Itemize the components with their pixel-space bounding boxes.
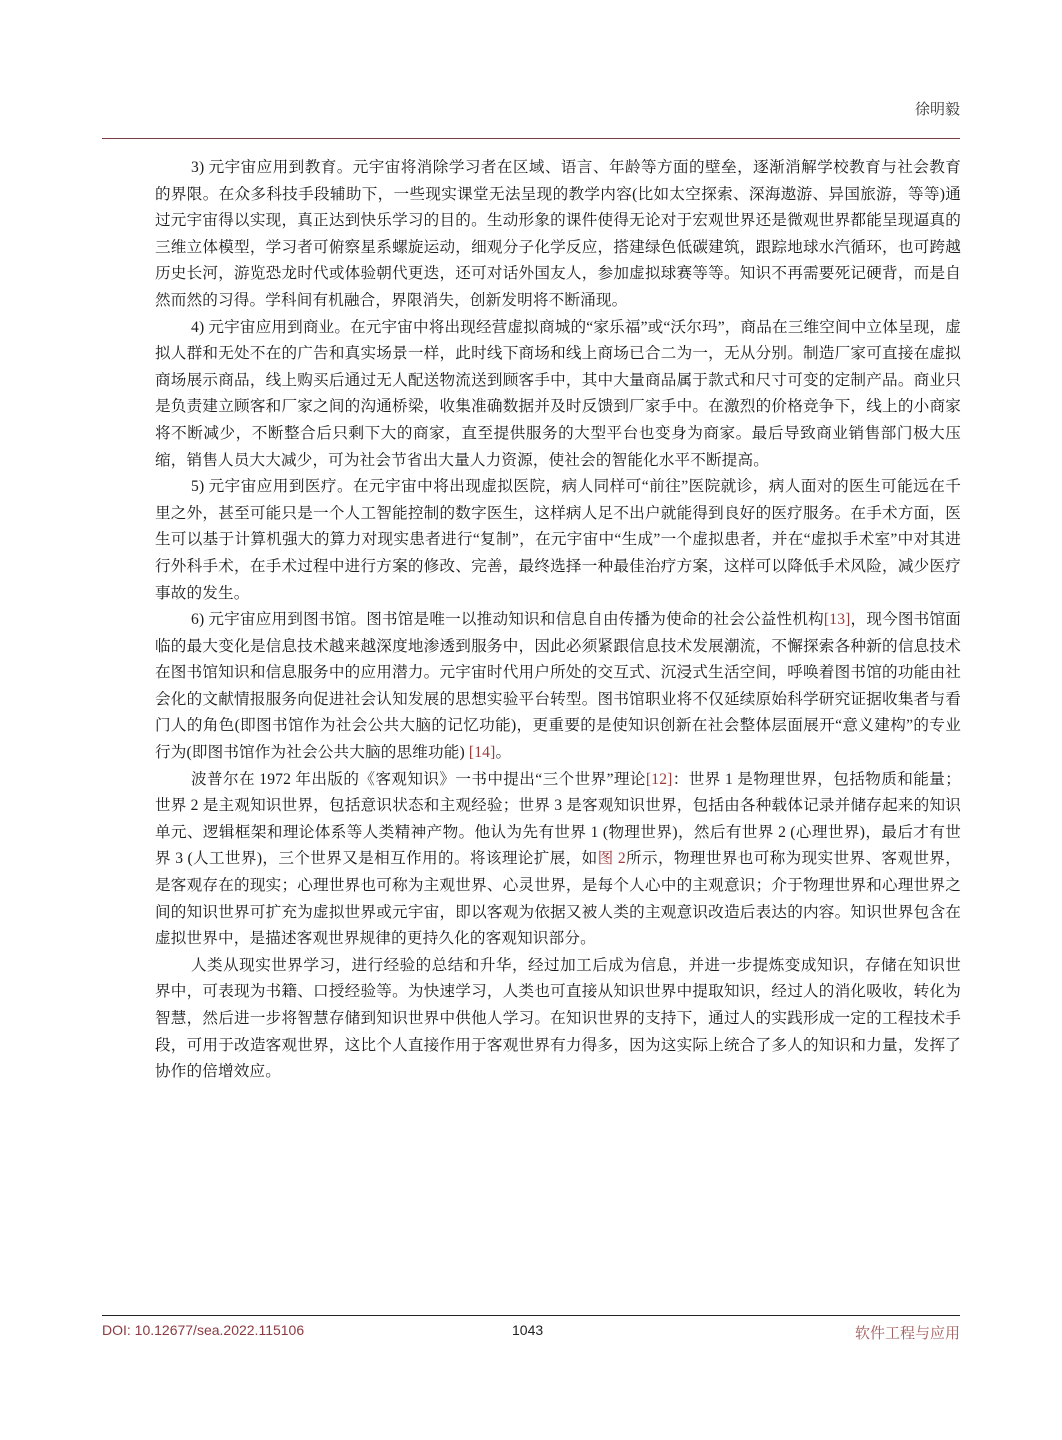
paragraph-text: 6) 元宇宙应用到图书馆。图书馆是唯一以推动知识和信息自由传播为使命的社会公益性…	[191, 611, 824, 628]
paragraph-medical: 5) 元宇宙应用到医疗。在元宇宙中将出现虚拟医院，病人同样可“前往”医院就诊，病…	[155, 474, 961, 607]
paragraph-library: 6) 元宇宙应用到图书馆。图书馆是唯一以推动知识和信息自由传播为使命的社会公益性…	[155, 607, 961, 767]
paragraph-text: 波普尔在 1972 年出版的《客观知识》一书中提出“三个世界”理论	[191, 771, 646, 788]
paragraph-text: 3) 元宇宙应用到教育。元宇宙将消除学习者在区域、语言、年龄等方面的壁垒，逐渐消…	[155, 159, 961, 309]
paragraph-text: 4) 元宇宙应用到商业。在元宇宙中将出现经营虚拟商城的“家乐福”或“沃尔玛”，商…	[155, 319, 961, 469]
body-text: 3) 元宇宙应用到教育。元宇宙将消除学习者在区域、语言、年龄等方面的壁垒，逐渐消…	[155, 155, 961, 1086]
running-head-author: 徐明毅	[915, 98, 960, 119]
page-number: 1043	[512, 1322, 543, 1338]
paragraph-text: 。	[495, 744, 511, 761]
paragraph-text: 人类从现实世界学习，进行经验的总结和升华，经过加工后成为信息，并进一步提炼变成知…	[155, 957, 961, 1080]
page-footer: DOI: 10.12677/sea.2022.115106 1043 软件工程与…	[102, 1322, 960, 1344]
citation-link-12[interactable]: [12]	[646, 771, 673, 788]
paragraph-commerce: 4) 元宇宙应用到商业。在元宇宙中将出现经营虚拟商城的“家乐福”或“沃尔玛”，商…	[155, 315, 961, 475]
figure-link-2[interactable]: 图 2	[598, 850, 626, 867]
citation-link-14[interactable]: [14]	[469, 744, 496, 761]
doi-link[interactable]: DOI: 10.12677/sea.2022.115106	[102, 1322, 304, 1338]
header-rule	[102, 138, 960, 139]
paragraph-popper: 波普尔在 1972 年出版的《客观知识》一书中提出“三个世界”理论[12]：世界…	[155, 767, 961, 953]
journal-name: 软件工程与应用	[855, 1322, 960, 1343]
paragraph-text: ，现今图书馆面临的最大变化是信息技术越来越深度地渗透到服务中，因此必须紧跟信息技…	[155, 611, 961, 761]
paragraph-human-learning: 人类从现实世界学习，进行经验的总结和升华，经过加工后成为信息，并进一步提炼变成知…	[155, 953, 961, 1086]
paragraph-text: 5) 元宇宙应用到医疗。在元宇宙中将出现虚拟医院，病人同样可“前往”医院就诊，病…	[155, 478, 961, 601]
footer-rule	[102, 1315, 960, 1316]
paragraph-education: 3) 元宇宙应用到教育。元宇宙将消除学习者在区域、语言、年龄等方面的壁垒，逐渐消…	[155, 155, 961, 315]
citation-link-13[interactable]: [13]	[824, 611, 851, 628]
